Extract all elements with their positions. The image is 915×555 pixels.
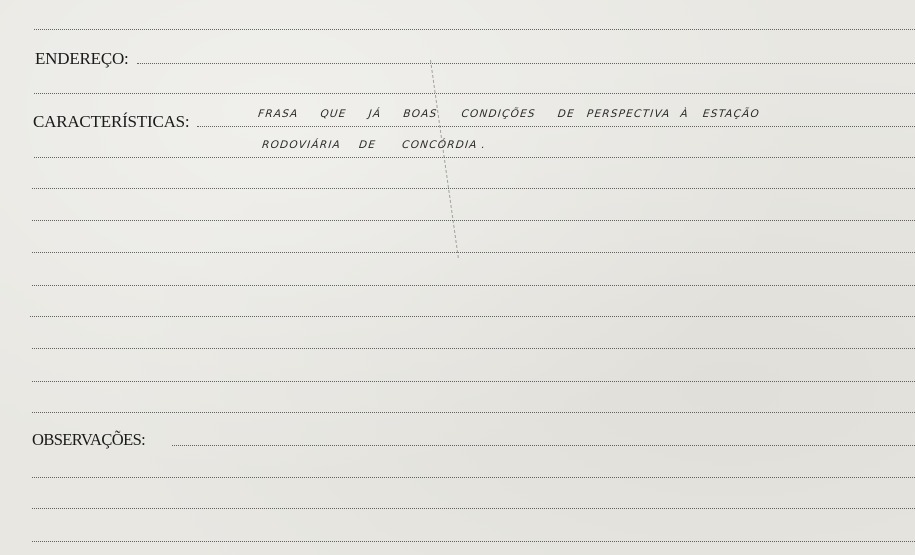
- dotted-rule: [34, 157, 915, 158]
- observacoes-label: OBSERVAÇÕES:: [32, 432, 145, 449]
- handwritten-word: DE: [358, 140, 376, 151]
- dotted-rule: [30, 316, 915, 317]
- dotted-rule: [32, 477, 915, 478]
- handwritten-word: RODOVIÁRIA: [261, 140, 341, 151]
- handwritten-word: PERSPECTIVA: [586, 109, 671, 120]
- handwritten-word: FRASA: [257, 109, 298, 120]
- dotted-rule: [32, 220, 915, 221]
- endereco-label: ENDEREÇO:: [35, 50, 129, 67]
- handwritten-word: CONCÓRDIA: [402, 140, 479, 151]
- dotted-rule: [32, 285, 915, 286]
- dotted-rule: [32, 381, 915, 382]
- handwritten-word: .: [481, 140, 487, 151]
- handwritten-word: CONDIÇÕES: [461, 109, 536, 120]
- handwritten-line-2: RODOVIÁRIADECONCÓRDIA.: [261, 140, 508, 151]
- dotted-rule: [32, 188, 915, 189]
- handwritten-word: DE: [557, 109, 575, 120]
- dotted-rule: [34, 93, 915, 94]
- handwritten-line-1: FRASAQUEJÁBOASCONDIÇÕESDEPERSPECTIVAÀEST…: [257, 109, 782, 120]
- handwritten-word: QUE: [320, 109, 347, 120]
- dotted-rule: [32, 412, 915, 413]
- handwritten-word: À: [680, 109, 689, 120]
- caracteristicas-label: CARACTERÍSTICAS:: [33, 113, 189, 130]
- dotted-rule: [32, 252, 915, 253]
- pencil-mark: [430, 60, 460, 258]
- dotted-rule: [32, 541, 915, 542]
- handwritten-word: JÁ: [368, 109, 382, 120]
- observacoes-input-line[interactable]: [172, 445, 915, 446]
- dotted-rule: [32, 508, 915, 509]
- dotted-rule: [32, 348, 915, 349]
- scanned-form-page: ENDEREÇO: CARACTERÍSTICAS: FRASAQUEJÁBOA…: [0, 0, 915, 555]
- endereco-input-line[interactable]: [137, 63, 915, 64]
- handwritten-word: BOAS: [403, 109, 438, 120]
- dotted-rule: [34, 29, 915, 30]
- handwritten-word: ESTAÇÃO: [702, 109, 760, 120]
- caracteristicas-input-line[interactable]: [197, 126, 915, 127]
